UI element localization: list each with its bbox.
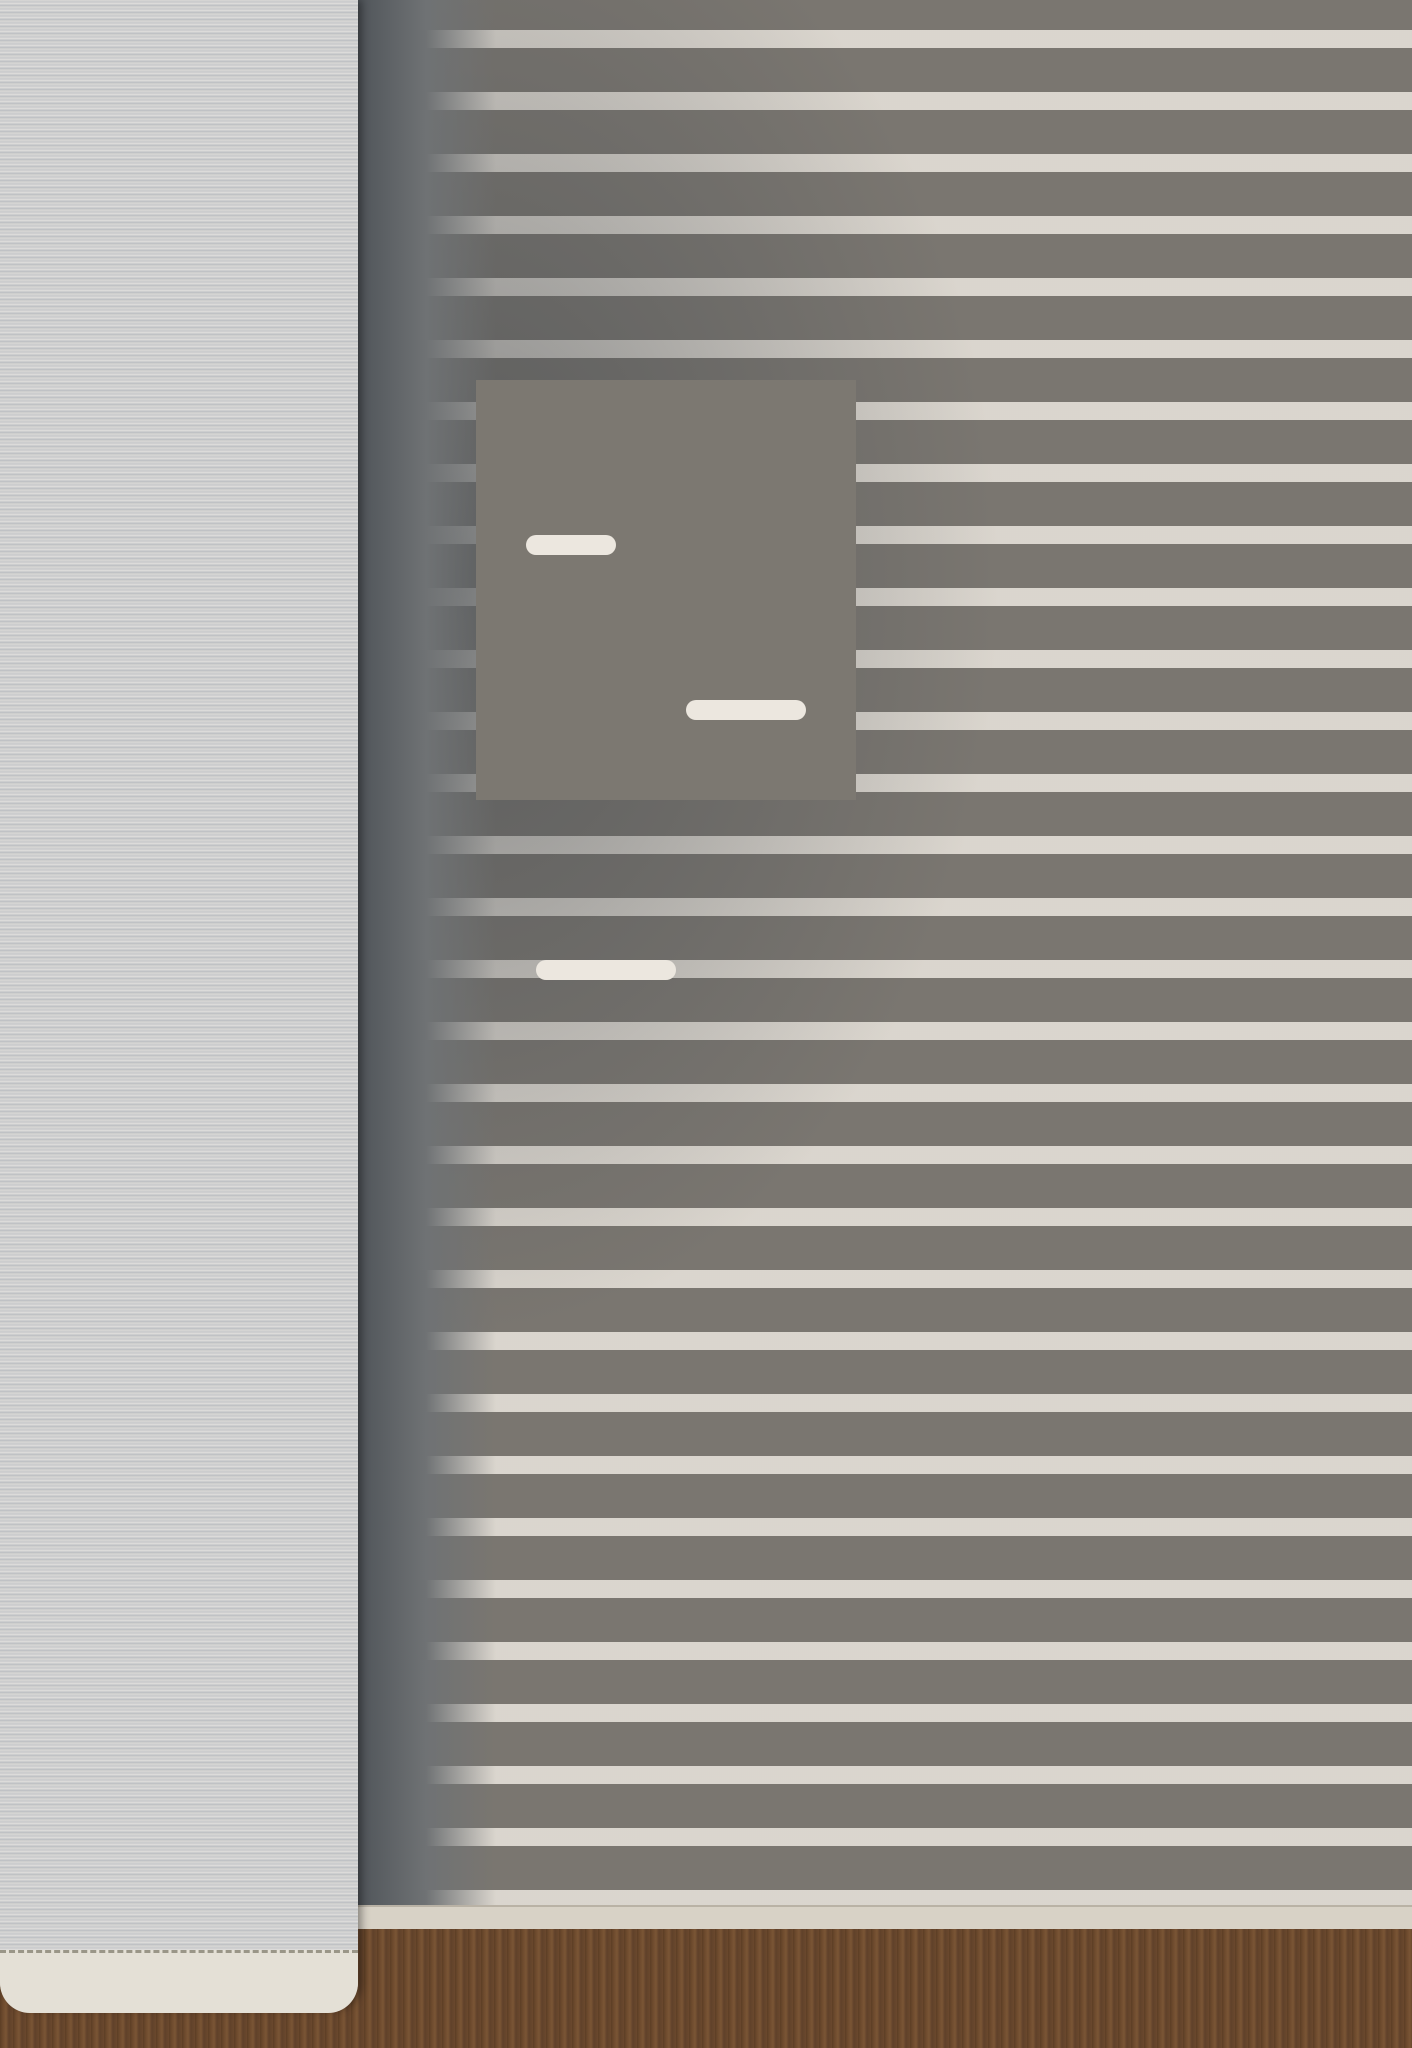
rolled-rug-backing bbox=[0, 0, 358, 2010]
rug-stripe bbox=[526, 535, 616, 555]
rug-stripe bbox=[686, 700, 806, 720]
rug-grey-panel bbox=[476, 380, 856, 800]
rug-edge-binding bbox=[356, 1905, 1412, 1929]
rug-dark-left-band bbox=[356, 0, 496, 1925]
rug-surface bbox=[356, 0, 1412, 1925]
rolled-rug-end-binding bbox=[0, 1950, 358, 2013]
rug-stripe bbox=[536, 960, 676, 980]
